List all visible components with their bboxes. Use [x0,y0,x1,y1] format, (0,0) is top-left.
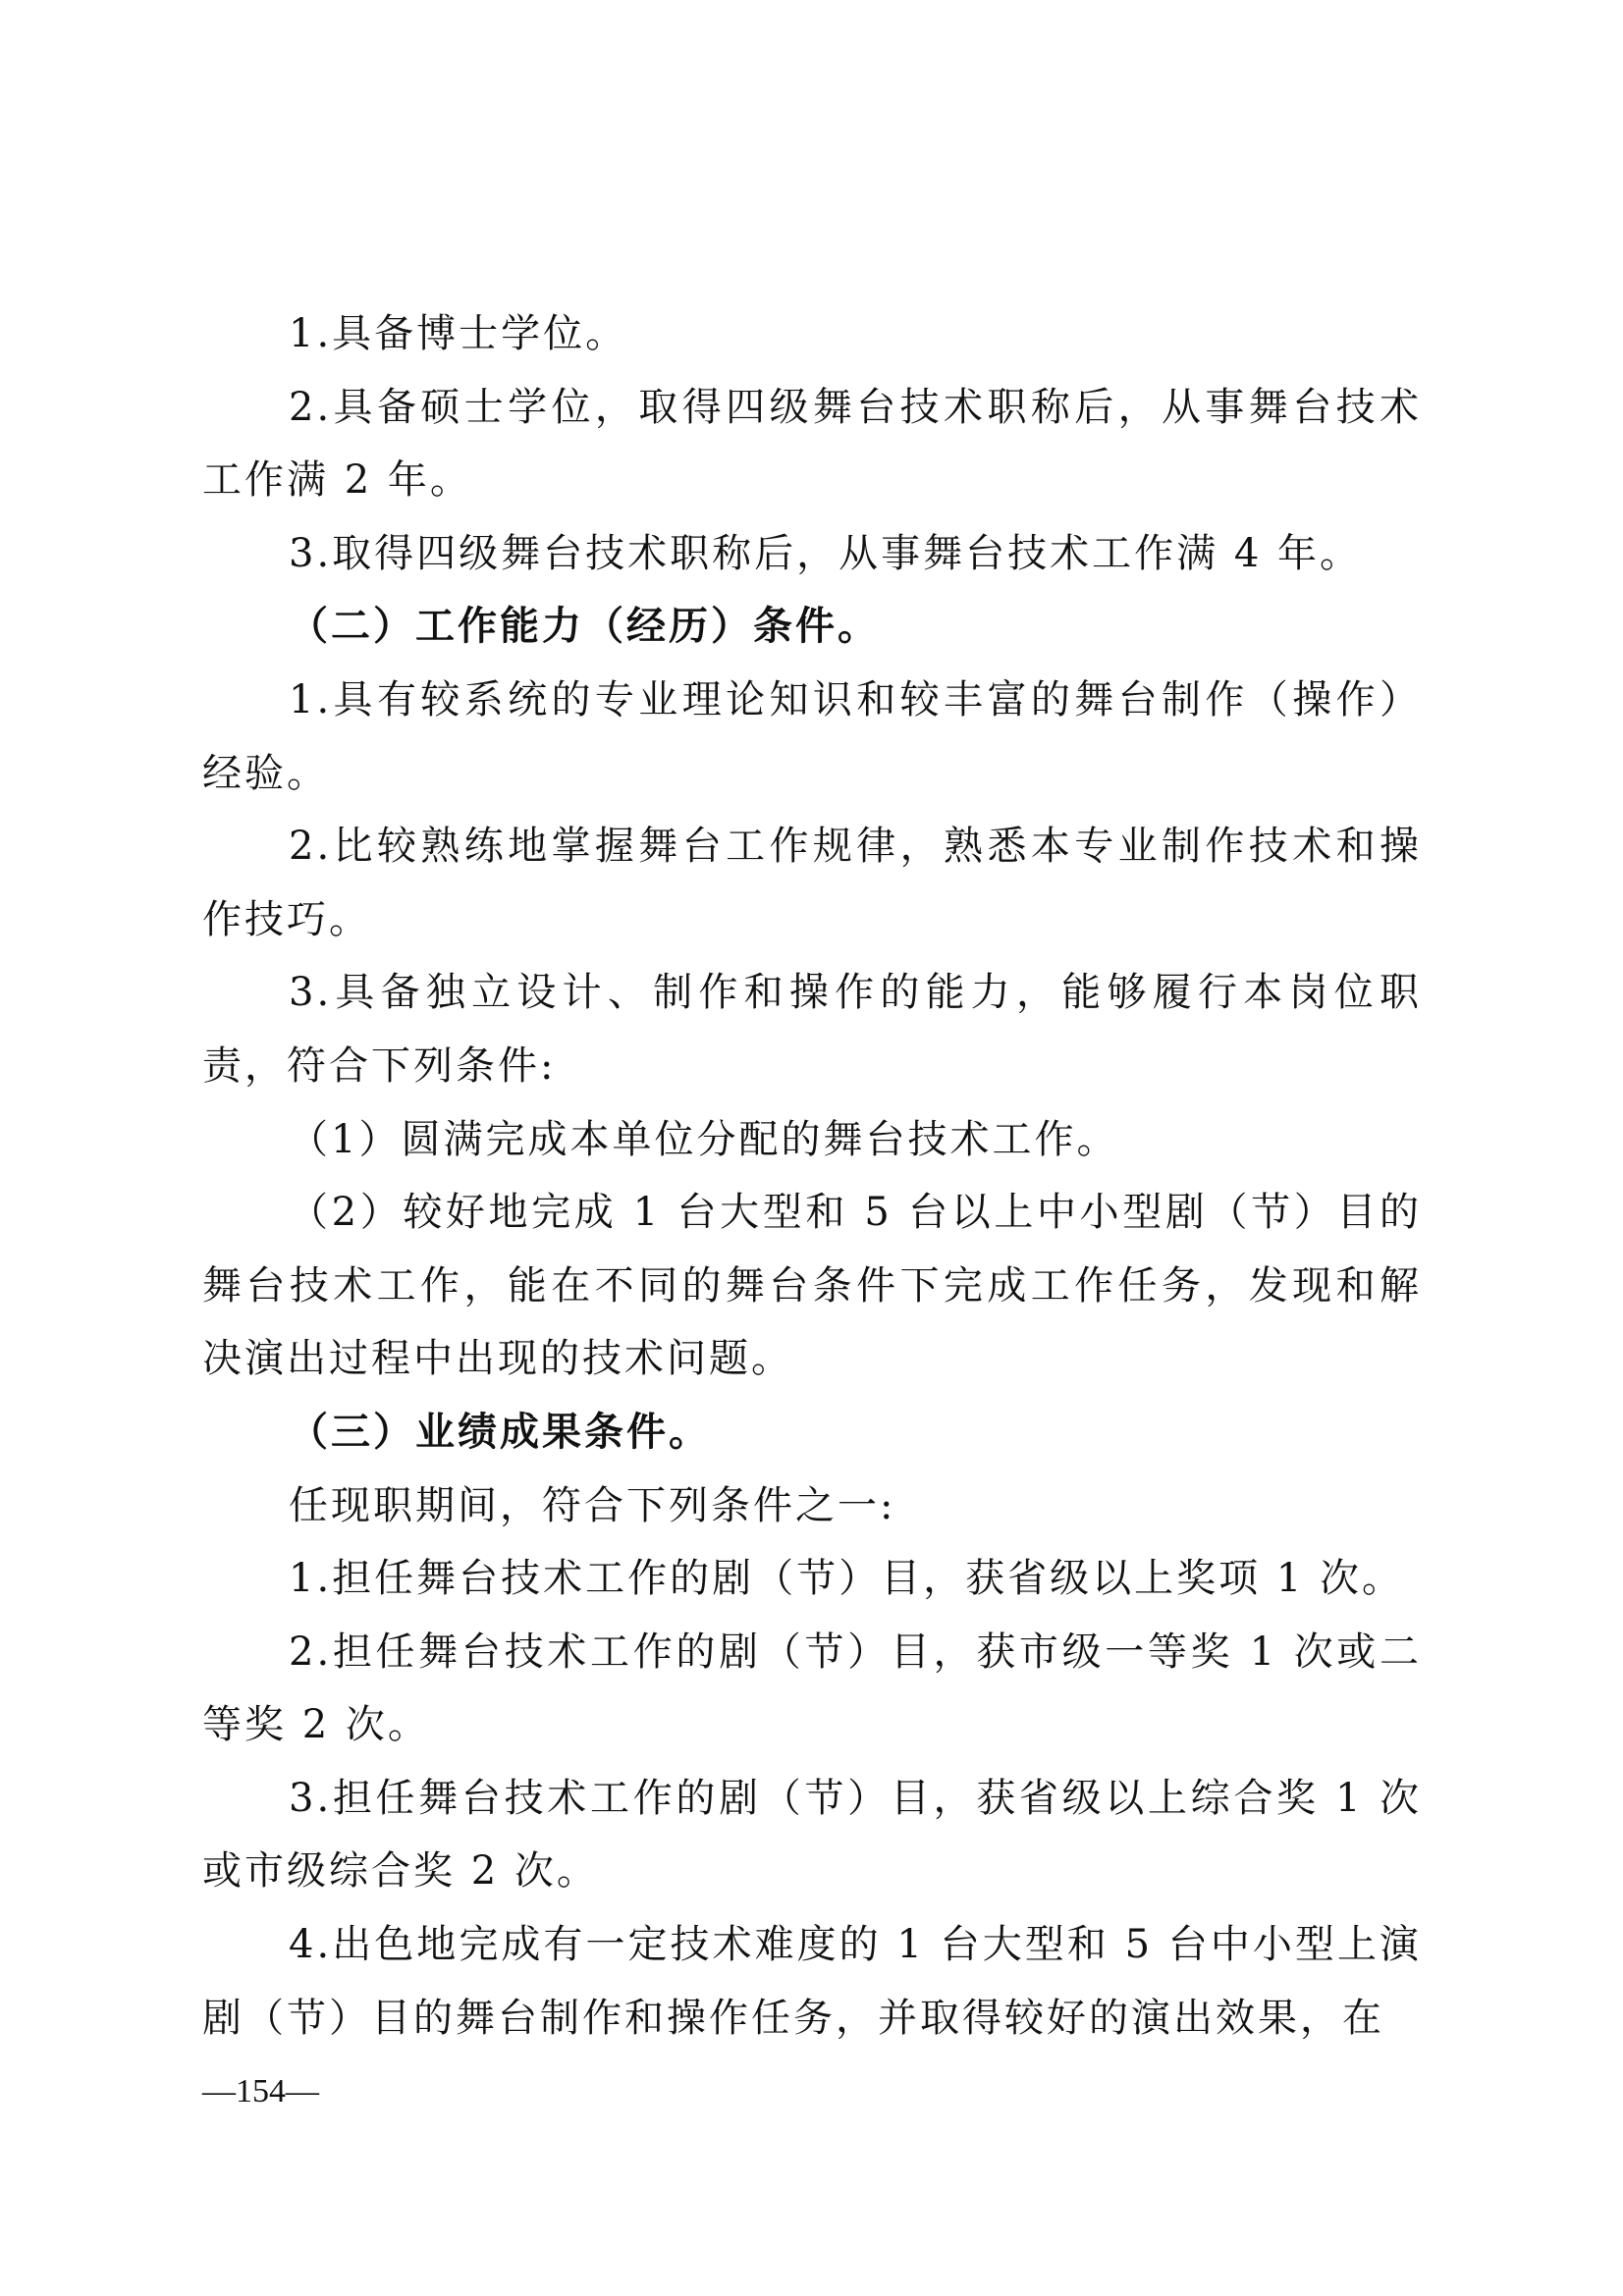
paragraph-item-1: 1.具有较系统的专业理论知识和较丰富的舞台制作（操作）经验。 [202,664,1422,810]
paragraph-subitem-1: （1）圆满完成本单位分配的舞台技术工作。 [202,1103,1422,1177]
paragraph-item-1: 1.具备博士学位。 [202,297,1422,371]
paragraph-item-2: 2.担任舞台技术工作的剧（节）目，获市级一等奖 1 次或二等奖 2 次。 [202,1616,1422,1762]
paragraph-item-2: 2.比较熟练地掌握舞台工作规律，熟悉本专业制作技术和操作技巧。 [202,810,1422,956]
paragraph-item-4: 4.出色地完成有一定技术难度的 1 台大型和 5 台中小型上演剧（节）目的舞台制… [202,1908,1422,2055]
section-heading-work-ability: （二）工作能力（经历）条件。 [202,590,1422,664]
section-heading-achievements: （三）业绩成果条件。 [202,1396,1422,1469]
paragraph-item-2: 2.具备硕士学位，取得四级舞台技术职称后，从事舞台技术工作满 2 年。 [202,371,1422,517]
document-body: 1.具备博士学位。 2.具备硕士学位，取得四级舞台技术职称后，从事舞台技术工作满… [202,297,1422,2055]
paragraph-item-1: 1.担任舞台技术工作的剧（节）目，获省级以上奖项 1 次。 [202,1542,1422,1616]
paragraph-item-3: 3.取得四级舞台技术职称后，从事舞台技术工作满 4 年。 [202,517,1422,591]
page-number: —154— [202,2073,319,2110]
paragraph-item-3: 3.担任舞台技术工作的剧（节）目，获省级以上综合奖 1 次或市级综合奖 2 次。 [202,1762,1422,1908]
paragraph-subitem-2: （2）较好地完成 1 台大型和 5 台以上中小型剧（节）目的舞台技术工作，能在不… [202,1176,1422,1396]
paragraph-intro: 任现职期间，符合下列条件之一: [202,1469,1422,1543]
paragraph-item-3: 3.具备独立设计、制作和操作的能力，能够履行本岗位职责，符合下列条件: [202,956,1422,1102]
document-page: 1.具备博士学位。 2.具备硕士学位，取得四级舞台技术职称后，从事舞台技术工作满… [0,0,1623,2296]
